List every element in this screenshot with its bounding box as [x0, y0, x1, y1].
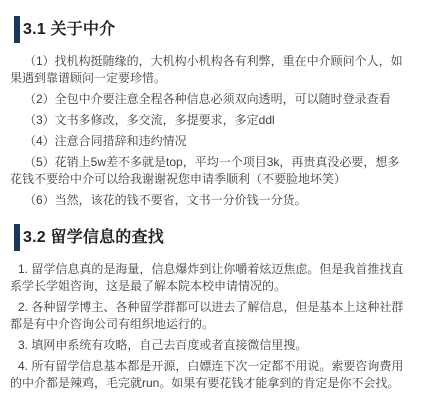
section-heading-3-2: 3.2 留学信息的查找	[10, 224, 410, 251]
section-heading-3-1: 3.1 关于中介	[10, 16, 410, 43]
paragraph-3-1-item-1: （1）找机构挺随缘的，大机构小机构各有利弊，重在中介顾问个人，如果遇到靠谱顾问一…	[10, 53, 410, 87]
paragraph-3-2-item-4: 4. 所有留学信息基本都是开源，白嫖连下次一定都不用说。索要咨询费用的中介都是辣…	[10, 358, 410, 392]
section-title-3-2: 3.2 留学信息的查找	[23, 224, 164, 251]
paragraph-3-1-item-5: （5）花销上5w差不多就是top，平均一个项目3k，再贵真没必要，想多花钱不要给…	[10, 154, 410, 188]
paragraph-3-1-item-4: （4）注意合同措辞和违约情况	[10, 133, 410, 150]
paragraph-3-2-item-3: 3. 填网申系统有攻略，自己去百度或者直接微信里搜。	[10, 337, 410, 354]
paragraph-3-2-item-1: 1. 留学信息真的是海量，信息爆炸到让你嚼着炫迈焦虑。但是我首推找直系学长学姐咨…	[10, 261, 410, 295]
section-info-search: 3.2 留学信息的查找 1. 留学信息真的是海量，信息爆炸到让你嚼着炫迈焦虑。但…	[10, 224, 410, 392]
paragraph-3-2-item-2: 2. 各种留学博主、各种留学群都可以进去了解信息，但是基本上这种社群都是有中介咨…	[10, 299, 410, 333]
paragraph-3-1-item-6: （6）当然，该花的钱不要省，文书一分价钱一分货。	[10, 192, 410, 209]
paragraph-3-1-item-3: （3）文书多修改，多交流，多提要求，多定ddl	[10, 112, 410, 129]
heading-accent-bar	[14, 16, 20, 43]
heading-accent-bar	[14, 224, 20, 251]
paragraph-3-1-item-2: （2）全包中介要注意全程各种信息必须双向透明，可以随时登录查看	[10, 91, 410, 108]
document-page: 3.1 关于中介 （1）找机构挺随缘的，大机构小机构各有利弊，重在中介顾问个人，…	[0, 0, 423, 409]
section-about-agents: 3.1 关于中介 （1）找机构挺随缘的，大机构小机构各有利弊，重在中介顾问个人，…	[10, 16, 410, 209]
section-title-3-1: 3.1 关于中介	[23, 16, 115, 43]
